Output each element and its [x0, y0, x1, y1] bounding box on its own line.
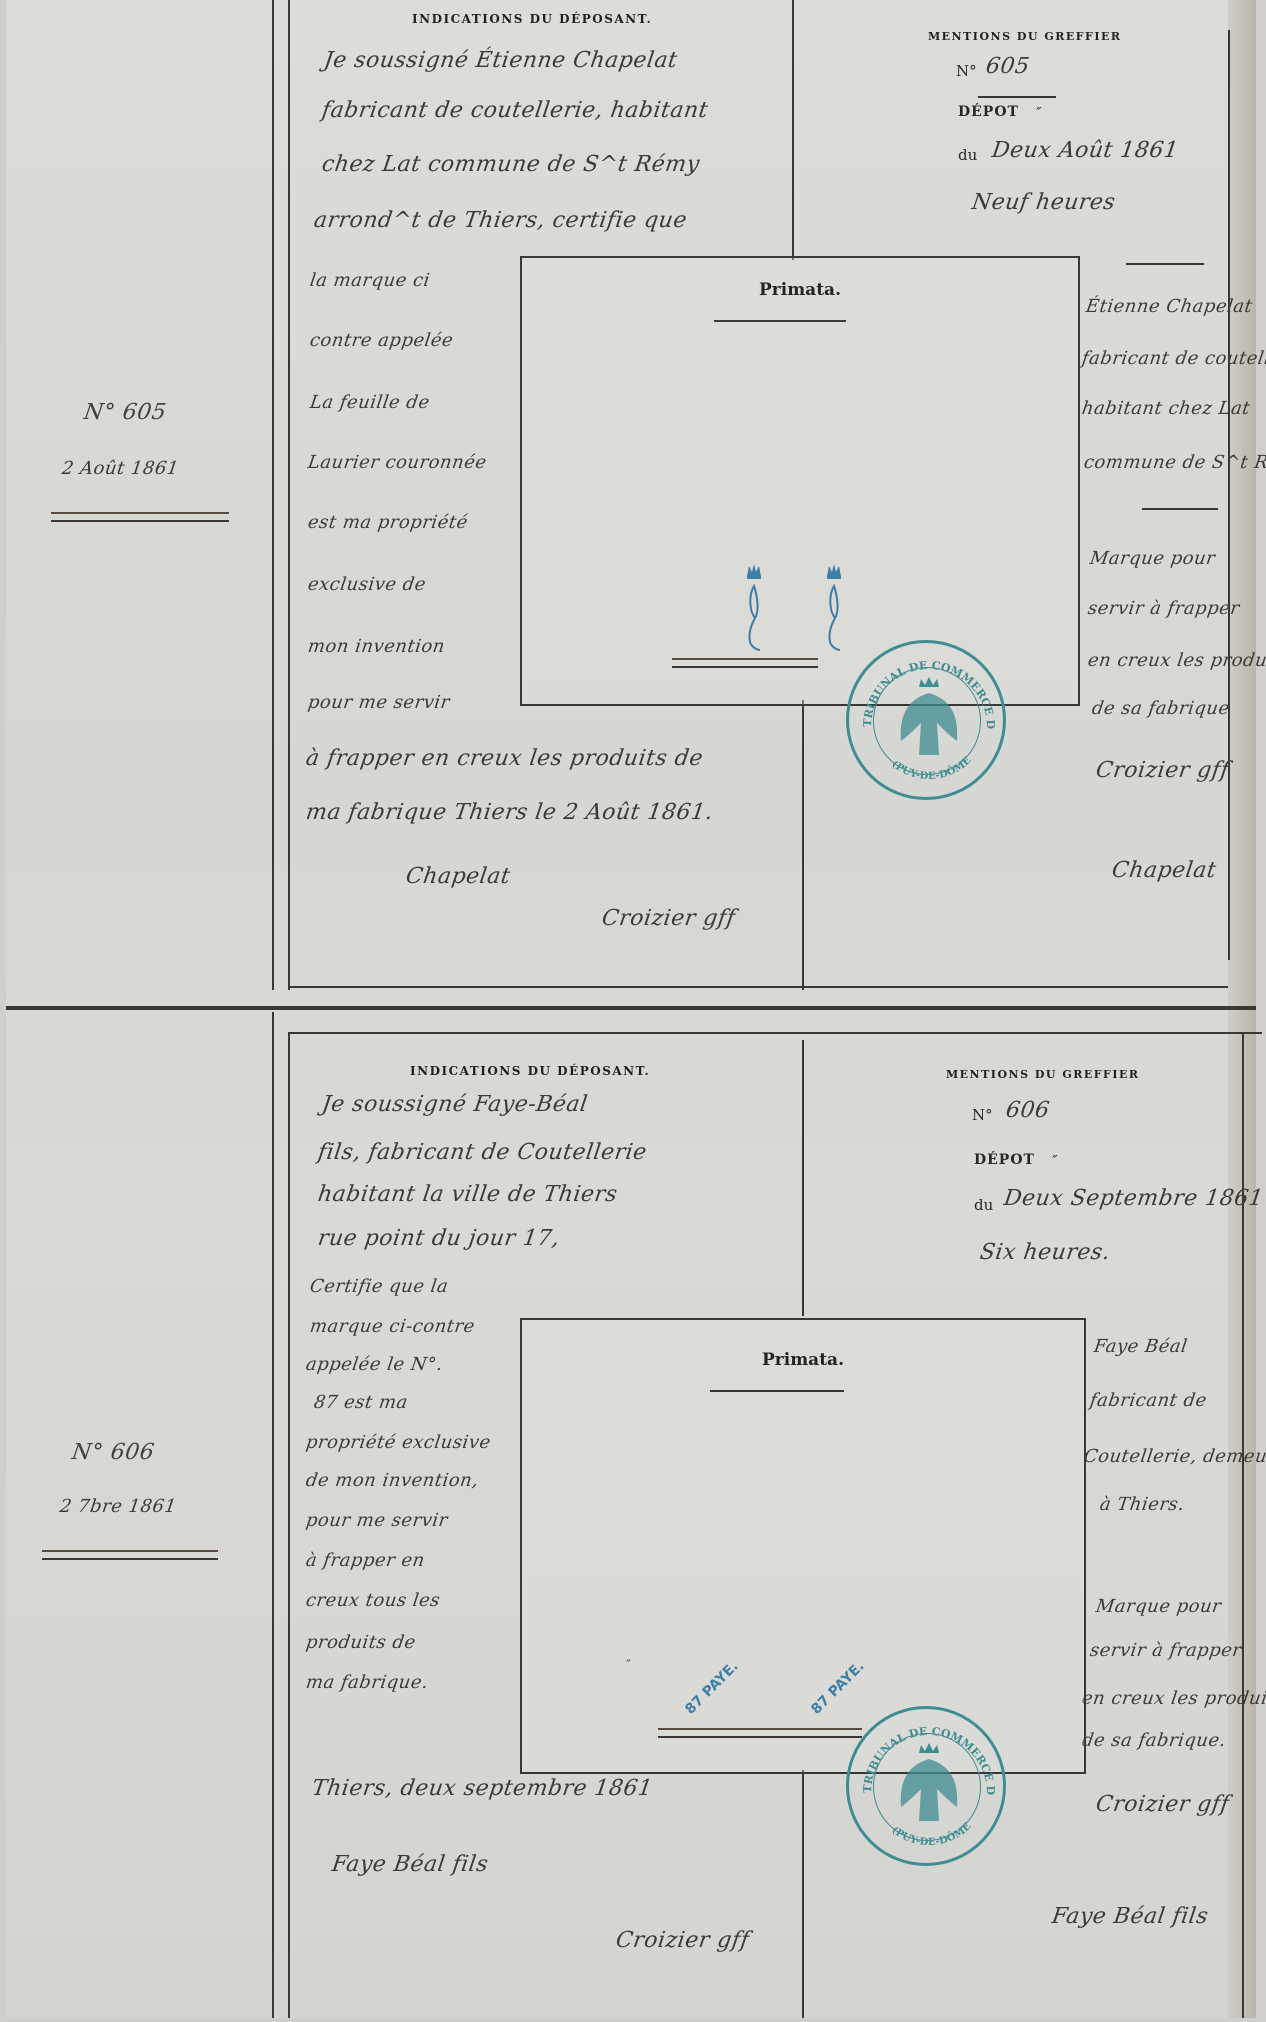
tick-mark: ″ — [626, 1658, 631, 1673]
mark-box: Primata. ″ 87 PAYE. 87 PAYE. — [520, 1318, 1086, 1774]
crowned-laurel-mark-icon — [742, 562, 766, 652]
form-right-border — [1242, 1032, 1244, 2018]
clerk-note: fabricant de — [1089, 1390, 1209, 1411]
clerk-column-signature: Faye Béal fils — [1050, 1904, 1210, 1929]
column-divider-lower — [802, 1770, 804, 2018]
clerk-mark-note: servir à frapper — [1089, 1640, 1243, 1661]
number-underline — [978, 96, 1056, 98]
mark-box-title: Primata. — [522, 1350, 1084, 1370]
depositor-line: fils, fabricant de Coutellerie — [316, 1140, 648, 1165]
depot-label: DÉPOT — [958, 104, 1019, 120]
depositor-line: ma fabrique. — [305, 1672, 430, 1693]
depositor-line: contre appelée — [309, 330, 455, 351]
title-underline — [714, 320, 846, 322]
clerk-signature: Croizier gff — [600, 906, 737, 931]
margin-divider — [272, 1012, 274, 2018]
clerk-column-clerk-signature: Croizier gff — [1094, 1792, 1231, 1817]
form-right-border — [1228, 30, 1230, 960]
margin-underline — [42, 1550, 218, 1560]
column-divider-lower — [802, 700, 804, 990]
clerk-note: Étienne Chapelat — [1085, 296, 1254, 317]
entry-divider — [6, 1006, 1256, 1010]
depositor-line: pour me servir — [307, 692, 452, 713]
depositor-line: est ma propriété — [307, 512, 470, 533]
depositor-line: appelée le N°. — [305, 1354, 445, 1375]
depositor-header: INDICATIONS DU DÉPOSANT. — [412, 12, 652, 26]
date-value: Deux Septembre 1861 — [1002, 1186, 1265, 1211]
depot-label: DÉPOT — [974, 1152, 1035, 1168]
title-underline — [710, 1390, 844, 1392]
clerk-note: habitant chez Lat — [1081, 398, 1252, 419]
depositor-line: habitant la ville de Thiers — [316, 1182, 619, 1207]
clerk-header: MENTIONS DU GREFFIER — [946, 1068, 1140, 1081]
depositor-line: propriété exclusive — [305, 1432, 493, 1453]
depositor-line: de mon invention, — [305, 1470, 480, 1491]
clerk-mark-note: en creux les produits — [1087, 650, 1266, 671]
mark-box: Primata. — [520, 256, 1080, 706]
depositor-line: rue point du jour 17, — [316, 1226, 561, 1251]
depositor-place-date: Thiers, deux septembre 1861 — [310, 1776, 654, 1801]
mark-box-title: Primata. — [522, 280, 1078, 300]
clerk-column-clerk-signature: Croizier gff — [1094, 758, 1231, 783]
clerk-mark-note: en creux les produits — [1081, 1688, 1266, 1709]
clerk-mark-note: Marque pour — [1095, 1596, 1223, 1617]
margin-number: N° 606 — [70, 1440, 156, 1465]
margin-date: 2 Août 1861 — [61, 458, 181, 479]
depositor-header: INDICATIONS DU DÉPOSANT. — [410, 1064, 650, 1078]
depositor-line: chez Lat commune de S^t Rémy — [320, 152, 701, 177]
depositor-line: 87 est ma — [313, 1392, 410, 1413]
number-value: 606 — [1004, 1098, 1051, 1123]
time-value: Neuf heures — [970, 190, 1117, 215]
depositor-line: La feuille de — [309, 392, 432, 413]
depositor-signature: Chapelat — [404, 864, 512, 889]
clerk-column-signature: Chapelat — [1110, 858, 1218, 883]
time-value: Six heures. — [978, 1240, 1112, 1265]
form-top-border — [288, 1032, 1262, 1034]
form-left-border — [288, 1032, 290, 2018]
number-value: 605 — [984, 54, 1031, 79]
depositor-line: Je soussigné Étienne Chapelat — [322, 48, 679, 73]
depositor-line: la marque ci — [309, 270, 432, 291]
number-label: N° — [956, 62, 977, 80]
date-label: du — [958, 146, 977, 164]
notes-divider-2 — [1142, 508, 1218, 510]
clerk-note: commune de S^t Rémy — [1083, 452, 1266, 473]
clerk-signature: Croizier gff — [614, 1928, 751, 1953]
depot-value: ″ — [1052, 1152, 1058, 1170]
depositor-line: Laurier couronnée — [307, 452, 489, 473]
column-divider — [802, 1040, 804, 1316]
depositor-line: mon invention — [307, 636, 447, 657]
form-bottom-border — [288, 986, 1228, 988]
depot-value: ″ — [1036, 104, 1042, 122]
clerk-header: MENTIONS DU GREFFIER — [928, 30, 1122, 43]
depositor-signature: Faye Béal fils — [330, 1852, 490, 1877]
date-label: du — [974, 1196, 993, 1214]
tribunal-seal: TRIBUNAL DE COMMERCE DE THIERS (PUY-DE-D… — [846, 640, 1006, 800]
margin-divider — [272, 0, 274, 990]
depositor-line: exclusive de — [307, 574, 428, 595]
form-left-border — [288, 0, 290, 990]
depositor-line: produits de — [305, 1632, 418, 1653]
depositor-line: fabricant de coutellerie, habitant — [320, 98, 710, 123]
margin-number: N° 605 — [82, 400, 168, 425]
register-page: N° 605 2 Août 1861 INDICATIONS DU DÉPOSA… — [6, 0, 1256, 2018]
depositor-line: Je soussigné Faye-Béal — [320, 1092, 589, 1117]
margin-date: 2 7bre 1861 — [59, 1496, 178, 1517]
paye-stamp: 87 PAYE. — [682, 1658, 741, 1717]
crowned-laurel-mark-icon — [822, 562, 846, 652]
eagle-seal-icon: TRIBUNAL DE COMMERCE DE THIERS (PUY-DE-D… — [849, 643, 1009, 803]
notes-divider — [1126, 263, 1204, 265]
number-label: N° — [972, 1106, 993, 1124]
mark-baseline — [672, 658, 818, 668]
mark-baseline — [658, 1728, 862, 1738]
clerk-mark-note: de sa fabrique — [1091, 698, 1232, 719]
clerk-note: Faye Béal — [1093, 1336, 1189, 1357]
clerk-mark-note: Marque pour — [1089, 548, 1217, 569]
depositor-line: à frapper en — [305, 1550, 427, 1571]
clerk-note: Coutellerie, demeurant — [1083, 1446, 1266, 1467]
column-divider — [792, 0, 794, 260]
margin-underline — [51, 512, 229, 522]
depositor-line: à frapper en creux les produits de — [304, 746, 704, 771]
depositor-line: ma fabrique Thiers le 2 Août 1861. — [304, 800, 714, 825]
clerk-note: à Thiers. — [1099, 1494, 1186, 1515]
eagle-seal-icon: TRIBUNAL DE COMMERCE DE THIERS (PUY-DE-D… — [849, 1709, 1009, 1869]
depositor-line: marque ci-contre — [309, 1316, 477, 1337]
depositor-line: arrond^t de Thiers, certifie que — [312, 208, 688, 233]
depositor-line: pour me servir — [305, 1510, 450, 1531]
depositor-line: Certifie que la — [309, 1276, 450, 1297]
tribunal-seal: TRIBUNAL DE COMMERCE DE THIERS (PUY-DE-D… — [846, 1706, 1006, 1866]
clerk-mark-note: servir à frapper — [1087, 598, 1241, 619]
date-value: Deux Août 1861 — [990, 138, 1180, 163]
paye-stamp-text: 87 PAYE. — [682, 1658, 741, 1717]
depositor-line: creux tous les — [305, 1590, 442, 1611]
clerk-mark-note: de sa fabrique. — [1081, 1730, 1228, 1751]
clerk-note: fabricant de coutellerie — [1081, 348, 1266, 369]
